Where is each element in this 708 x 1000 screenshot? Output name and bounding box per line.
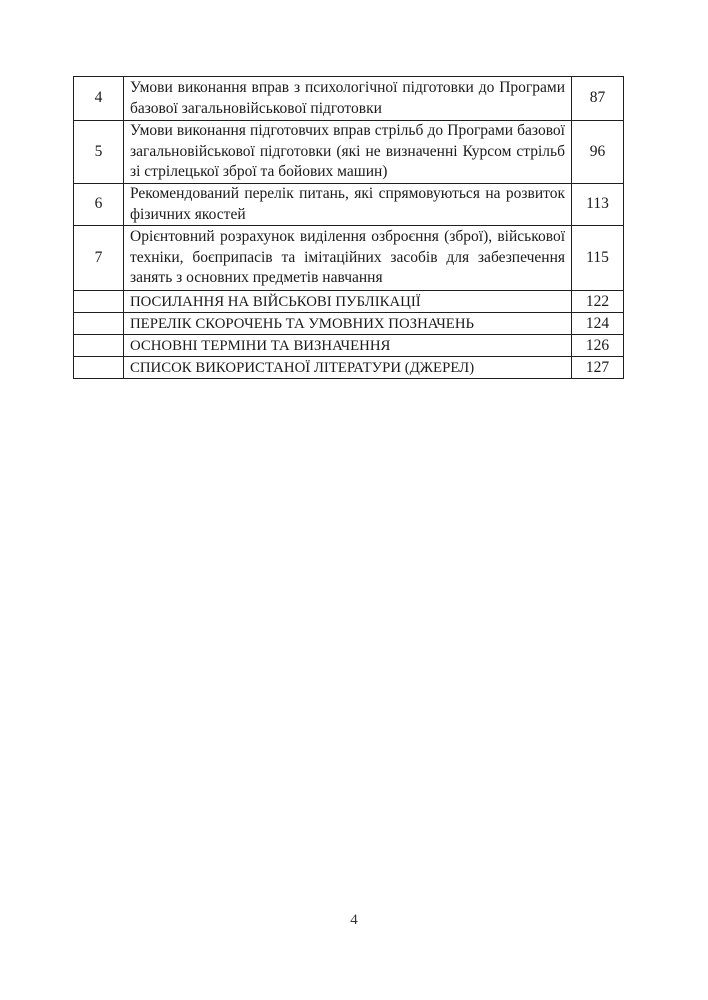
toc-row: СПИСОК ВИКОРИСТАНОЇ ЛІТЕРАТУРИ (ДЖЕРЕЛ) …	[74, 357, 624, 379]
appendix-number	[74, 291, 124, 313]
appendix-number: 6	[74, 184, 124, 226]
entry-title: СПИСОК ВИКОРИСТАНОЇ ЛІТЕРАТУРИ (ДЖЕРЕЛ)	[124, 357, 572, 379]
page-ref: 124	[572, 313, 624, 335]
appendix-number	[74, 335, 124, 357]
appendix-number: 7	[74, 226, 124, 291]
toc-row: 5 Умови виконання підготовчих вправ стрі…	[74, 121, 624, 184]
page-ref: 87	[572, 77, 624, 121]
toc-row: 4 Умови виконання вправ з психологічної …	[74, 77, 624, 121]
entry-title: ПОСИЛАННЯ НА ВІЙСЬКОВІ ПУБЛІКАЦІЇ	[124, 291, 572, 313]
appendix-number: 5	[74, 121, 124, 184]
entry-title: Рекомендований перелік питань, які спрям…	[124, 184, 572, 226]
entry-title: Орієнтовний розрахунок виділення озброєн…	[124, 226, 572, 291]
page-number: 4	[0, 912, 708, 929]
entry-title: ОСНОВНІ ТЕРМІНИ ТА ВИЗНАЧЕННЯ	[124, 335, 572, 357]
page-ref: 127	[572, 357, 624, 379]
toc-row: 6 Рекомендований перелік питань, які спр…	[74, 184, 624, 226]
page-ref: 113	[572, 184, 624, 226]
table-of-contents: 4 Умови виконання вправ з психологічної …	[73, 76, 624, 379]
entry-title: ПЕРЕЛІК СКОРОЧЕНЬ ТА УМОВНИХ ПОЗНАЧЕНЬ	[124, 313, 572, 335]
appendix-number: 4	[74, 77, 124, 121]
appendix-number	[74, 313, 124, 335]
page-ref: 122	[572, 291, 624, 313]
entry-title: Умови виконання вправ з психологічної пі…	[124, 77, 572, 121]
toc-row: ПОСИЛАННЯ НА ВІЙСЬКОВІ ПУБЛІКАЦІЇ 122	[74, 291, 624, 313]
page-ref: 96	[572, 121, 624, 184]
toc-row: ОСНОВНІ ТЕРМІНИ ТА ВИЗНАЧЕННЯ 126	[74, 335, 624, 357]
entry-title: Умови виконання підготовчих вправ стріль…	[124, 121, 572, 184]
page-ref: 126	[572, 335, 624, 357]
appendix-number	[74, 357, 124, 379]
toc-row: ПЕРЕЛІК СКОРОЧЕНЬ ТА УМОВНИХ ПОЗНАЧЕНЬ 1…	[74, 313, 624, 335]
page-ref: 115	[572, 226, 624, 291]
toc-row: 7 Орієнтовний розрахунок виділення озбро…	[74, 226, 624, 291]
